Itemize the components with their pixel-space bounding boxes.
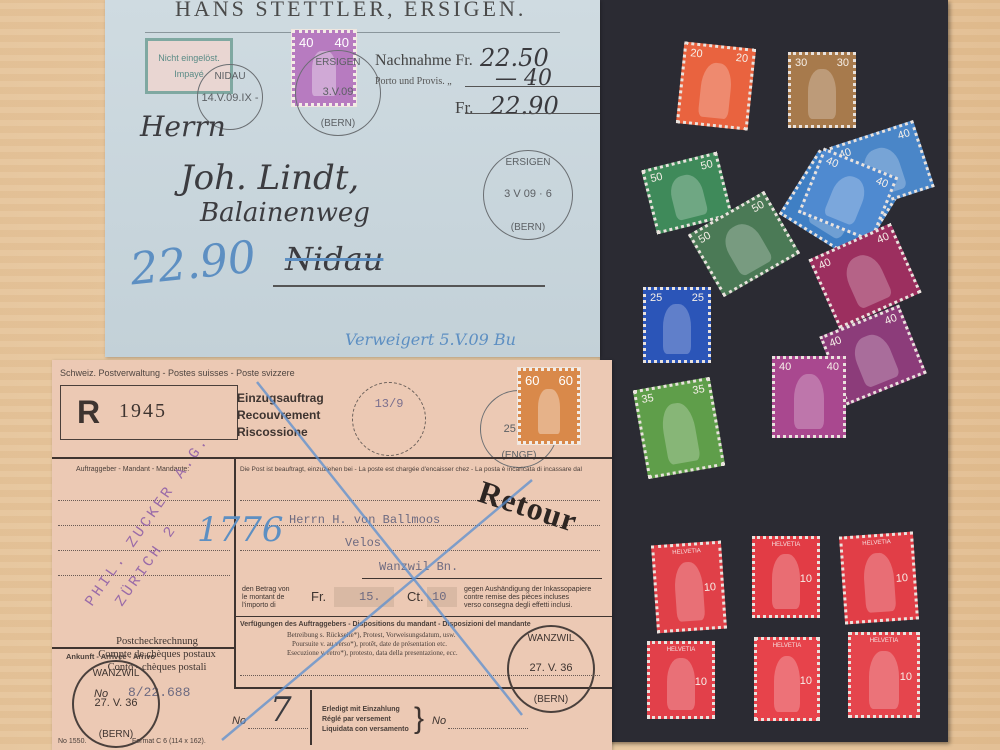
loose-stamp: 3030 xyxy=(788,52,856,128)
form-rule xyxy=(52,647,234,649)
stamp-value: 40 xyxy=(779,361,791,373)
stamp-value: 50 xyxy=(696,230,713,247)
stamp-figure xyxy=(794,374,824,429)
amount-label: den Betrag von le montant de l'importo d… xyxy=(242,586,289,610)
stamp-figure xyxy=(840,249,894,310)
form-divider xyxy=(234,457,236,687)
stamp-figure xyxy=(659,400,701,465)
against-delivery-note: gegen Aushändigung der Inkassopapiere co… xyxy=(464,586,591,610)
loose-stamp: HELVETIA10 xyxy=(839,532,919,625)
cents-label: Ct. xyxy=(407,589,424,604)
form-rule xyxy=(234,616,612,617)
payer-line1: Herrn H. von Ballmoos xyxy=(289,513,440,527)
stamp-figure xyxy=(869,651,898,709)
francs-label: Fr. xyxy=(311,589,326,604)
blue-handwritten-number: 1776 xyxy=(197,510,284,550)
stamp-value: 40 xyxy=(828,334,844,350)
sender-header: HANS STETTLER, ERSIGEN. xyxy=(175,0,526,22)
addressee-street: Balainenweg xyxy=(200,198,370,228)
collect-from-label: Die Post ist beauftragt, einzuziehen bei… xyxy=(240,466,582,473)
addressee-salutation: Herrn xyxy=(140,110,226,143)
cents-value: 10 xyxy=(432,590,446,604)
stamp-value: 20 xyxy=(735,52,748,65)
porto-amount: — 40 xyxy=(495,66,552,91)
stamp-value: 40 xyxy=(817,256,833,272)
stamp-value: 30 xyxy=(837,57,849,69)
form-divider xyxy=(310,690,312,745)
form-stamp-60: 60 60 xyxy=(518,368,580,444)
postmark-ersigen-on-stamp: ERSIGEN 3.V.09 (BERN) xyxy=(295,50,381,136)
dotted-line xyxy=(240,550,600,551)
stamp-value: 35 xyxy=(641,392,655,406)
nachnahme-label: Nachnahme Fr. xyxy=(375,52,473,70)
total-label: Fr. xyxy=(455,98,473,118)
no-label-right: No xyxy=(432,715,446,727)
dispositions-fr: Poursuite v. au verso*), protêt, date de… xyxy=(292,640,447,648)
form-rule xyxy=(52,457,612,459)
helvetia-figure xyxy=(538,389,560,435)
stamp-figure xyxy=(774,656,800,712)
stamp-value: 25 xyxy=(650,292,662,304)
stamp-value: 20 xyxy=(690,47,703,60)
stamp-value: 40 xyxy=(896,127,911,142)
blue-note-refused: Verweigert 5.V.09 Bu xyxy=(345,330,516,349)
addressee-name: Joh. Lindt, xyxy=(180,158,359,198)
stamp-figure xyxy=(663,304,690,354)
stamp-figure xyxy=(808,69,835,119)
stamp-value: 50 xyxy=(750,199,767,216)
stamp-country: HELVETIA xyxy=(842,538,910,549)
dispositions-de: Betreibung s. Rückseite*), Protest, Vorw… xyxy=(287,631,455,639)
no-label-left: No xyxy=(232,715,246,727)
registration-number: 1945 xyxy=(119,400,167,423)
stamp-value: 40 xyxy=(824,155,840,171)
loose-stamp: 2525 xyxy=(643,287,711,363)
payer-line2: Velos xyxy=(345,536,381,550)
stamp-figure xyxy=(772,554,799,609)
stamp-value: 35 xyxy=(692,383,706,397)
handwritten-no: 7 xyxy=(270,690,292,730)
stamp-value: 10 xyxy=(695,676,707,688)
stamp-figure xyxy=(673,561,705,622)
addressee-city: Nidau xyxy=(285,240,383,278)
loose-stamp: HELVETIA10 xyxy=(651,541,727,634)
stamp-value: 30 xyxy=(795,57,807,69)
stamp-figure xyxy=(849,329,900,388)
postmark-wanzwil-right: WANZWIL 27. V. 36 (BERN) xyxy=(507,625,595,713)
form-number: No 1550. xyxy=(58,738,86,745)
francs-value: 15. xyxy=(359,590,381,604)
retour-stamp: Retour xyxy=(474,473,582,540)
blue-note-amount: 22.90 xyxy=(128,232,259,296)
date-circle: 13/9 xyxy=(352,382,426,456)
stamp-value: 40 xyxy=(875,230,891,246)
form-header: Schweiz. Postverwaltung - Postes suisses… xyxy=(60,368,295,378)
loose-stamp: HELVETIA10 xyxy=(647,641,715,719)
brace: } xyxy=(414,702,424,736)
stamp-value: 10 xyxy=(800,573,812,585)
stamp-value: 25 xyxy=(692,292,704,304)
stamp-value: 50 xyxy=(649,171,664,186)
dotted-line xyxy=(58,550,230,551)
stamp-country: HELVETIA xyxy=(851,638,917,644)
form-title: Einzugsauftrag Recouvrement Riscossione xyxy=(237,390,324,441)
dotted-line xyxy=(58,500,230,501)
loose-stamp: HELVETIA10 xyxy=(754,637,820,721)
violet-mandant-stamp-line1: PHIL. ZUCKER A.G. xyxy=(82,433,213,610)
stamp-figure xyxy=(862,552,896,613)
stamp-figure xyxy=(667,172,708,222)
loose-stamp: 3535 xyxy=(633,377,725,479)
stamp-value: 10 xyxy=(800,675,812,687)
loose-stamp: 4040 xyxy=(772,356,846,438)
stamp-country: HELVETIA xyxy=(650,647,712,653)
stamp-value: 10 xyxy=(703,581,716,594)
stamp-figure xyxy=(667,658,694,710)
loose-stamp: HELVETIA10 xyxy=(752,536,820,618)
postmark-wanzwil-left: WANZWIL 27. V. 36 (BERN) xyxy=(72,660,160,748)
stamp-value: 50 xyxy=(699,158,714,173)
total-rule xyxy=(465,113,600,114)
stamp-figure xyxy=(698,62,733,119)
cash-on-delivery-envelope: HANS STETTLER, ERSIGEN. Nicht eingelöst.… xyxy=(105,0,600,357)
dispositions-it: Esecuzione v. retro*), protesto, data de… xyxy=(287,649,458,657)
stamp-figure xyxy=(718,218,773,277)
postmark-ersigen: ERSIGEN 3 V 09 · 6 (BERN) xyxy=(483,150,573,240)
loose-stamp: HELVETIA10 xyxy=(848,632,920,718)
unpaid-label-line1: Nicht eingelöst. xyxy=(148,50,230,66)
stamp-country: HELVETIA xyxy=(757,643,817,649)
payer-line3: Wanzwil Bn. xyxy=(379,560,458,574)
address-rule xyxy=(273,285,545,287)
dispositions-label: Verfügungen des Auftraggebers - Disposit… xyxy=(240,621,531,628)
stamp-value: 40 xyxy=(874,175,890,191)
sum-rule xyxy=(465,86,600,87)
format-note: Format C 6 (114 x 162). xyxy=(132,738,206,745)
loose-stamp: 2020 xyxy=(676,41,756,130)
registration-letter: R xyxy=(77,394,100,431)
stamp-value: 10 xyxy=(900,671,912,683)
amount-row: den Betrag von le montant de l'importo d… xyxy=(239,586,609,616)
stamp-value: 10 xyxy=(895,572,908,585)
stamp-country: HELVETIA xyxy=(755,542,817,548)
dotted-line xyxy=(448,728,528,729)
settled-by-payment: Erledigt mit Einzahlung Réglé par versem… xyxy=(322,705,409,735)
registration-box: R 1945 xyxy=(60,385,238,440)
total-amount: 22.90 xyxy=(490,92,559,120)
stamp-country: HELVETIA xyxy=(654,547,718,557)
stamp-value: 40 xyxy=(883,312,899,328)
porto-label: Porto und Provis. „ xyxy=(375,76,452,87)
payer-rule xyxy=(362,578,602,579)
collection-order-form: Schweiz. Postverwaltung - Postes suisses… xyxy=(52,360,612,750)
stamp-value: 40 xyxy=(827,361,839,373)
stamp-figure xyxy=(823,171,870,226)
